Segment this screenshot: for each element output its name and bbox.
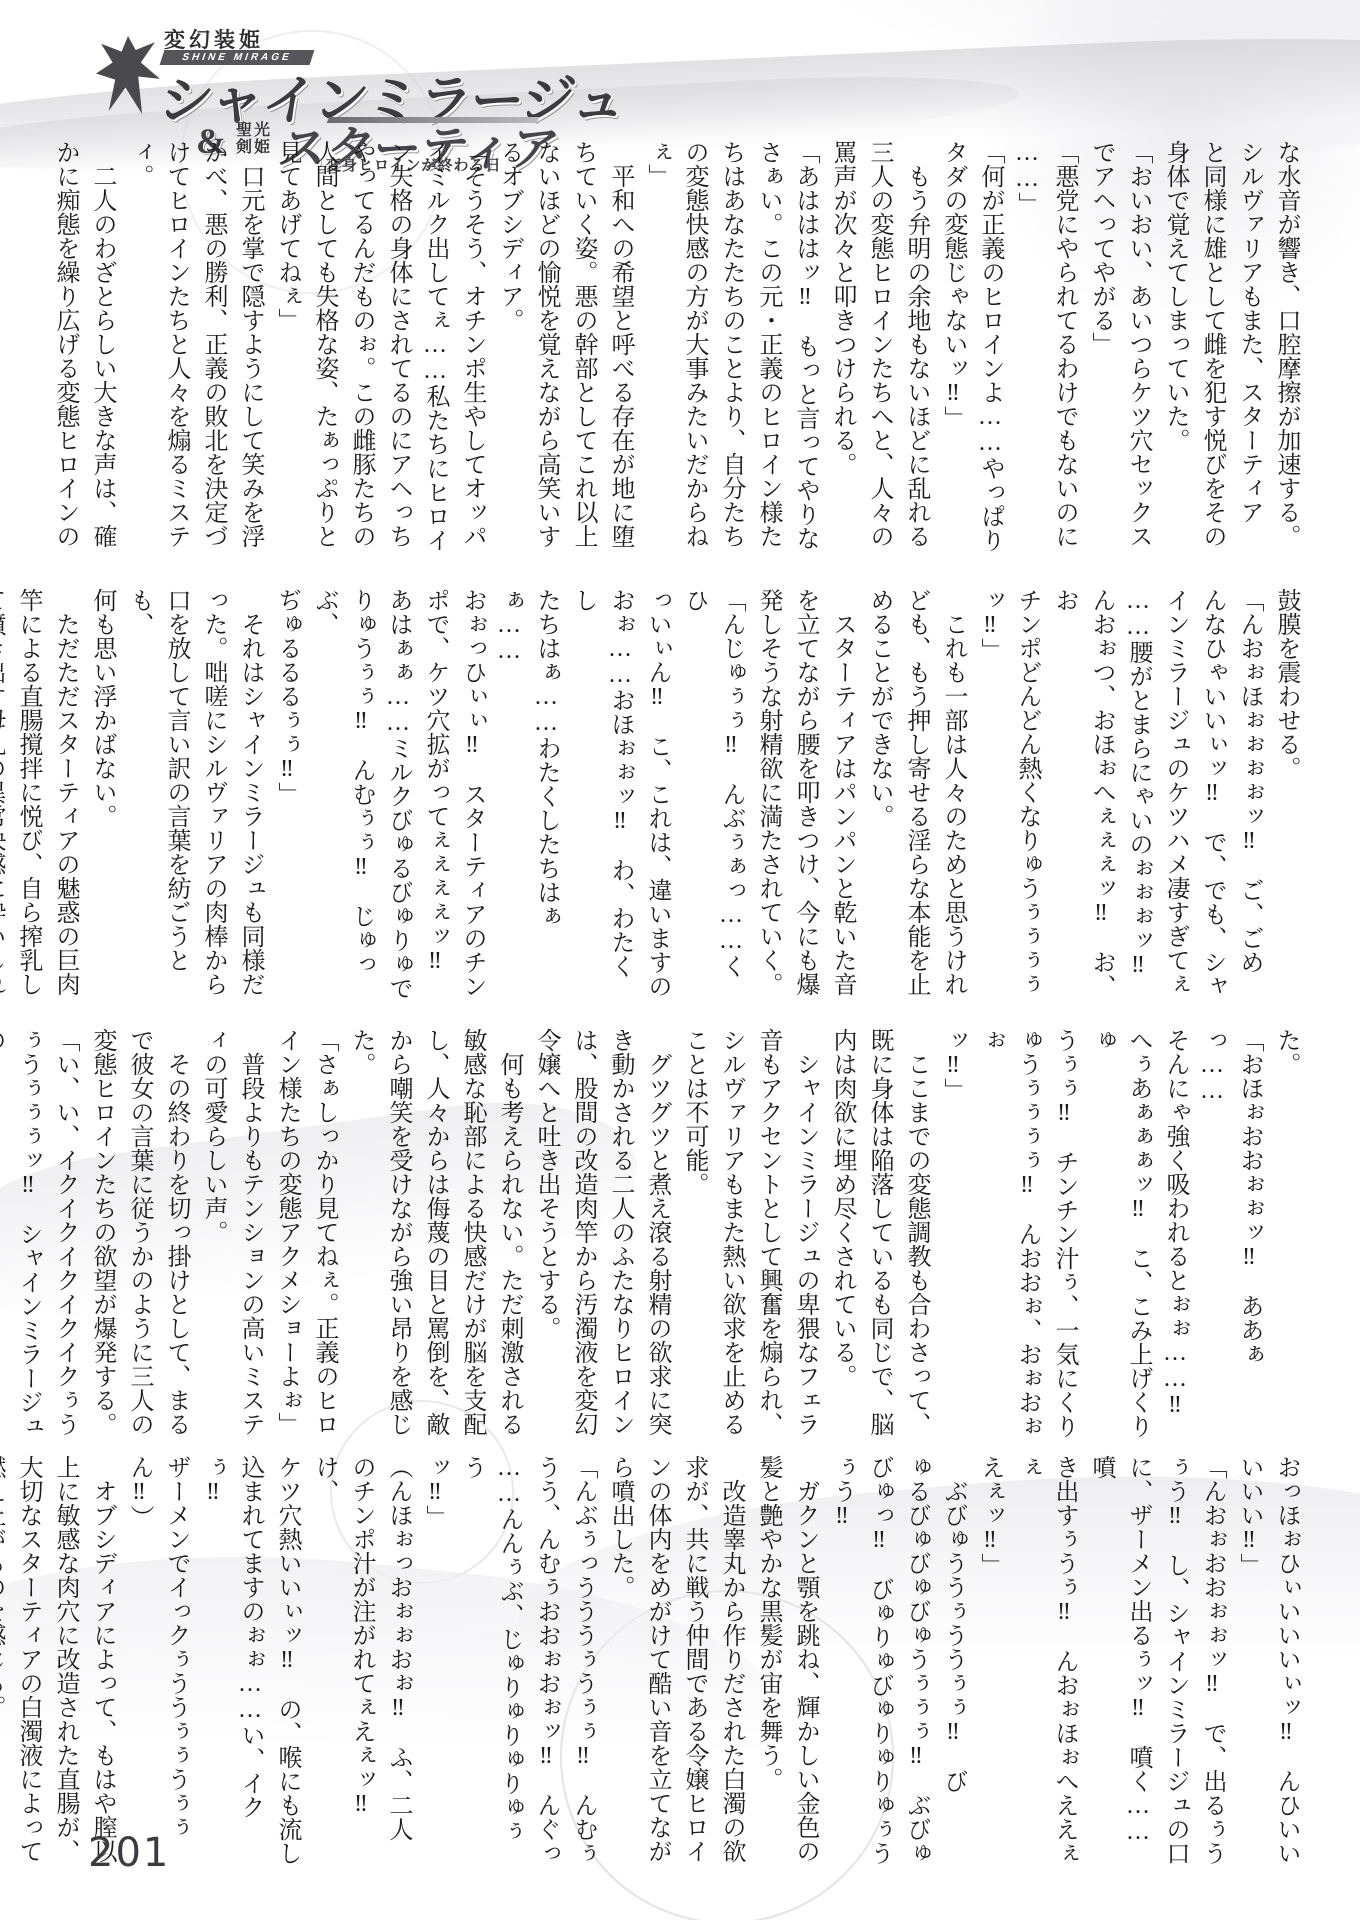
text-band-1: な水音が響き、口腔摩擦が加速する。 シルヴァリアもまた、スターティア と同様に雄… [46,140,1304,552]
heroine-silhouette-icon [96,36,160,114]
book-page: 変幻装姫 SHINE MIRAGE シャインミラージュ & 聖光剣姫 スターティ… [0,0,1360,1920]
page-number: 201 [88,1830,170,1876]
text-band-2: 鼓膜を震わせる。 「んおぉほぉぉぉぉッ‼ ご、ごめ んなひゃいいぃッ‼ で、でも… [0,588,1304,1000]
series-logo: 変幻装姫 SHINE MIRAGE シャインミラージュ & 聖光剣姫 スターティ… [78,18,678,158]
text-band-3: た。 「おほぉおおぉぉッ‼ ああぁっ…… そんにゃ強く吸われるとぉぉ……‼ へぅ… [0,1028,1304,1440]
text-band-4: おっほぉひぃいいいぃッ‼ んひいい いいい‼」 「んおぉおおぉぉッ‼ で、出るぅ… [0,1455,1304,1865]
